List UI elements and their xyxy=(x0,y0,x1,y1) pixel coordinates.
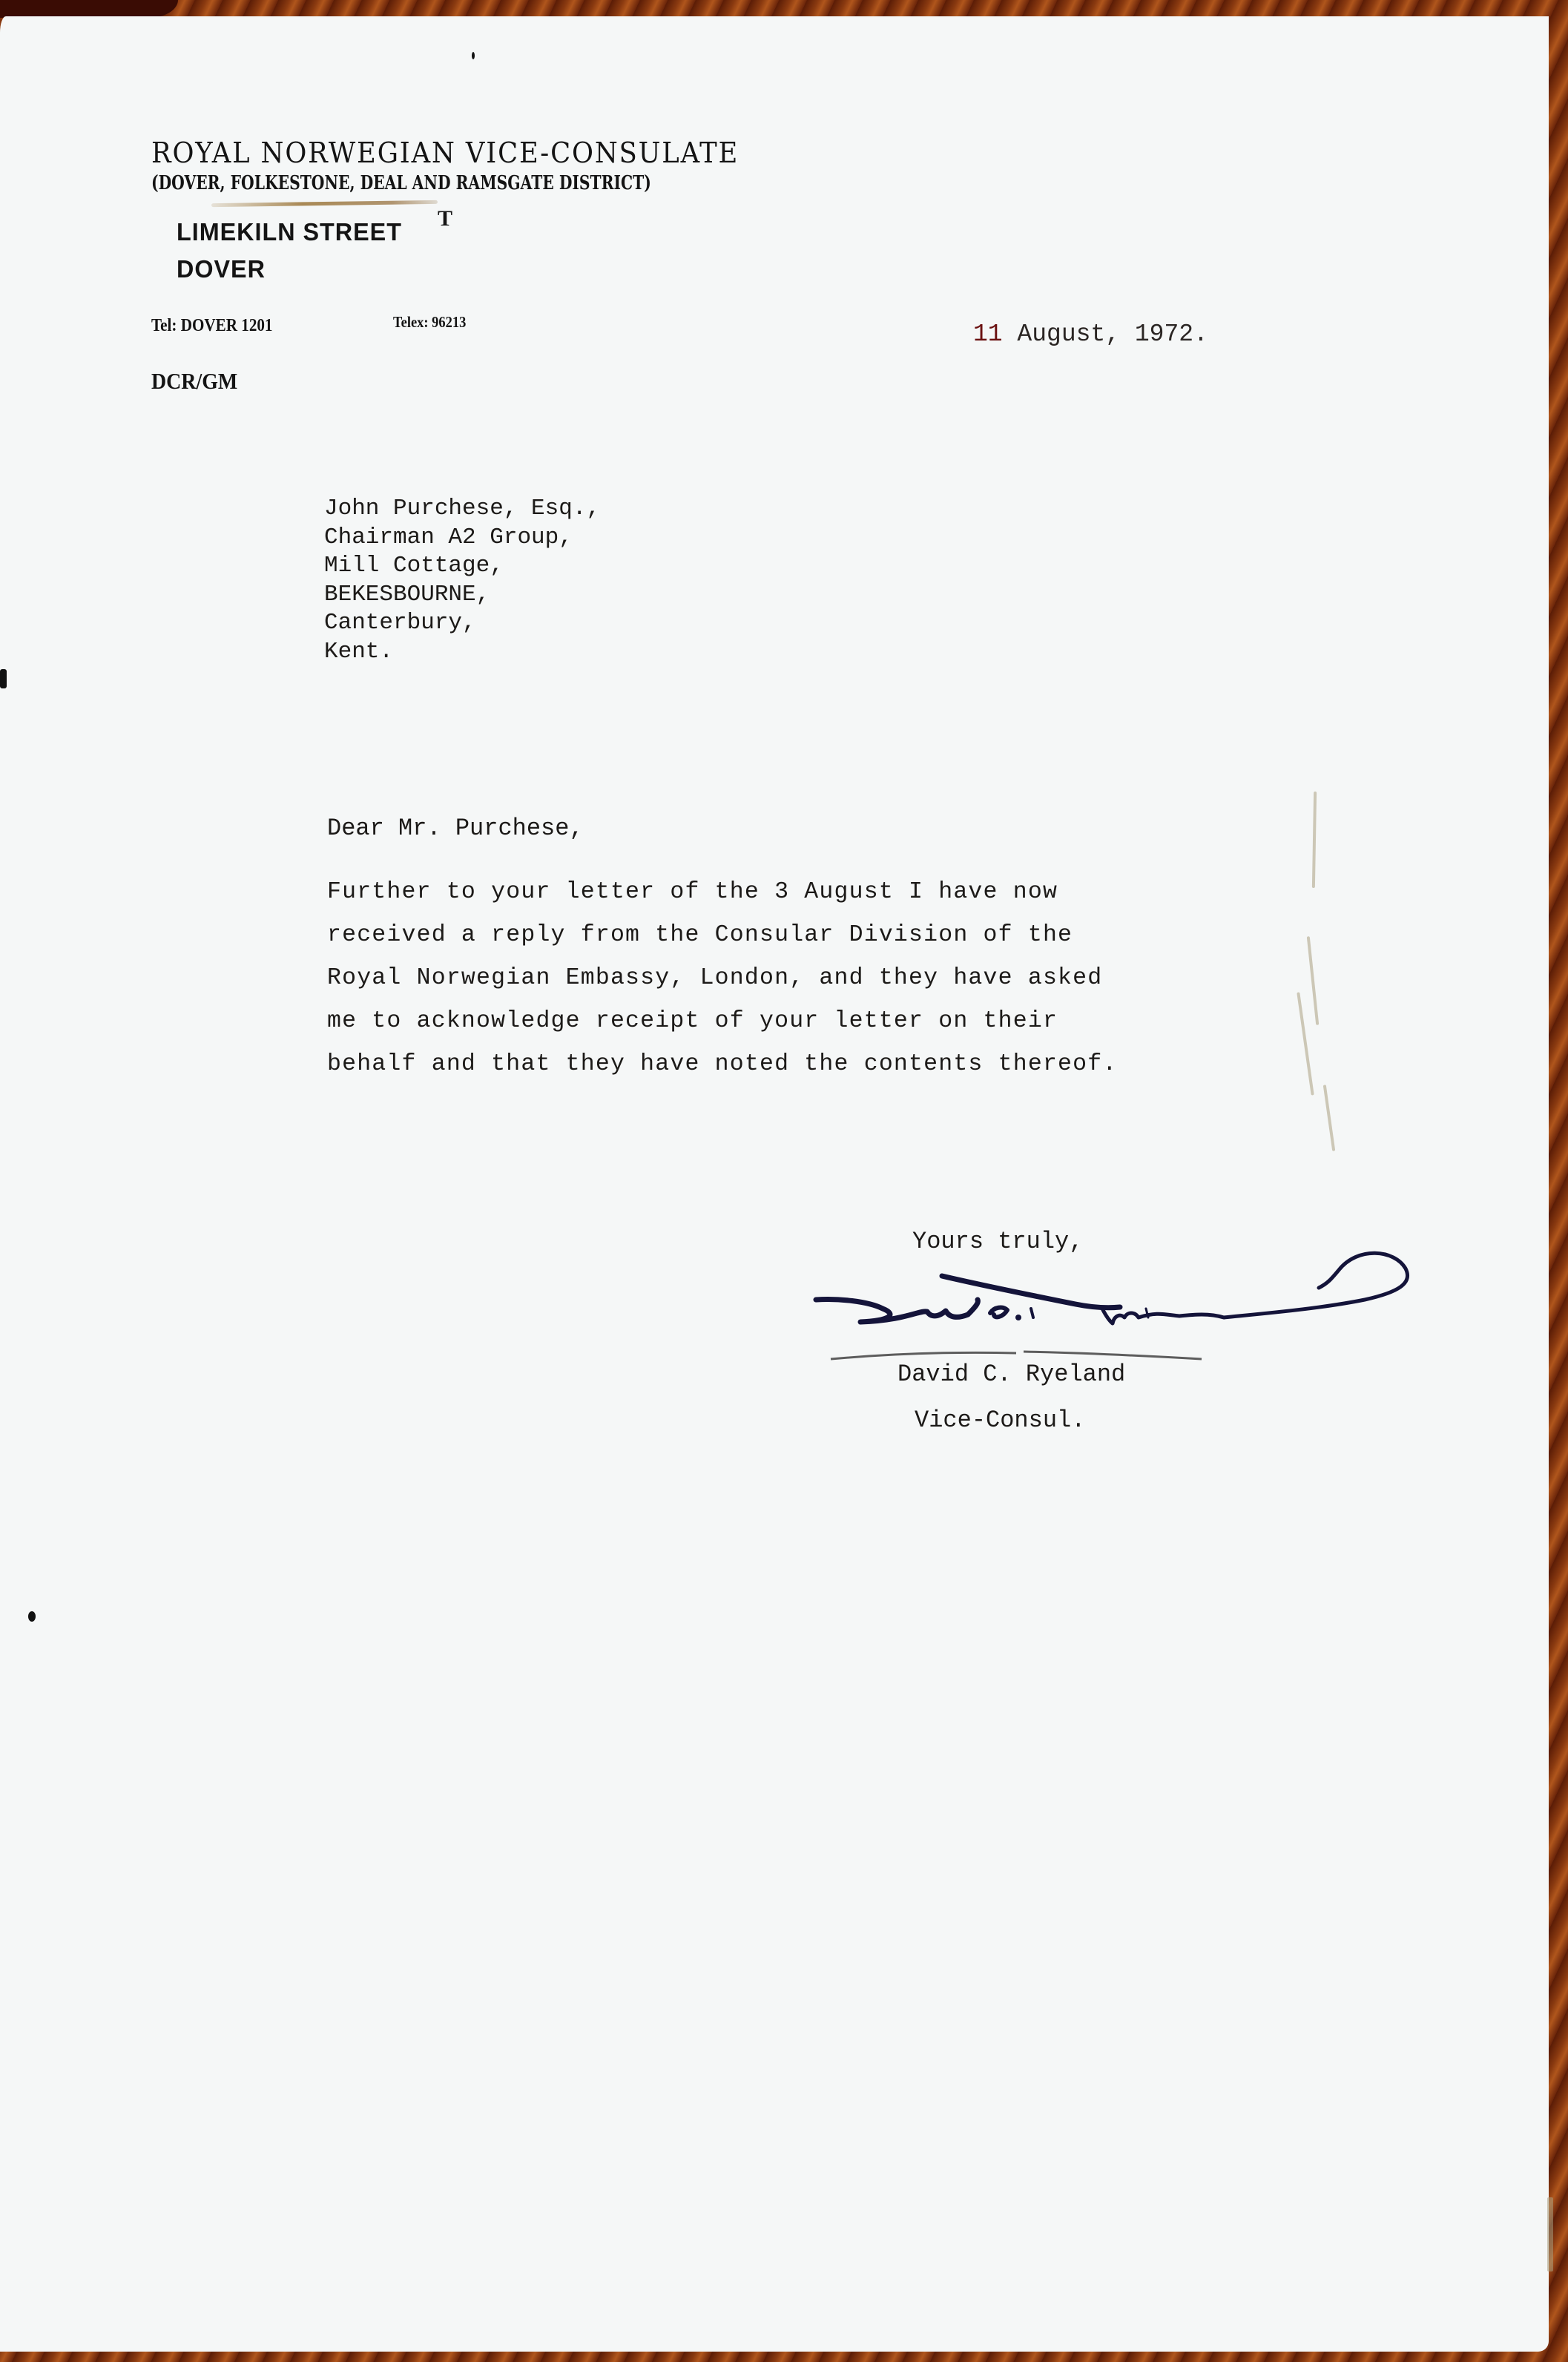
letterhead-organization: ROYAL NORWEGIAN VICE-CONSULATE xyxy=(151,136,739,169)
letterhead-street: LIMEKILN STREET xyxy=(177,218,402,246)
binder-hole-mark xyxy=(0,669,7,688)
salutation: Dear Mr. Purchese, xyxy=(327,815,584,842)
letterhead-telephone: Tel: DOVER 1201 xyxy=(151,316,273,336)
paper-stain xyxy=(1297,992,1314,1095)
letter-body: Further to your letter of the 3 August I… xyxy=(327,871,1117,1086)
desk-edge-top xyxy=(0,0,178,18)
paper-stain xyxy=(1307,936,1320,1025)
ink-speck xyxy=(28,1611,36,1622)
paper-stain xyxy=(1312,792,1317,888)
recipient-address: John Purchese, Esq., Chairman A2 Group, … xyxy=(324,495,600,666)
recipient-line: John Purchese, Esq., xyxy=(324,495,600,524)
ink-speck xyxy=(472,52,475,59)
signer-title: Vice-Consul. xyxy=(915,1407,1085,1434)
recipient-line: Canterbury, xyxy=(324,609,600,638)
letterhead-district: (DOVER, FOLKESTONE, DEAL AND RAMSGATE DI… xyxy=(151,172,651,194)
recipient-line: Mill Cottage, xyxy=(324,552,600,581)
body-line: me to acknowledge receipt of your letter… xyxy=(327,1000,1117,1043)
recipient-line: BEKESBOURNE, xyxy=(324,581,600,610)
letterhead-town: DOVER xyxy=(177,255,266,283)
letterhead-telex: Telex: 96213 xyxy=(393,313,466,332)
covered-letterhead-remnant: T xyxy=(438,206,452,231)
letter-page: ROYAL NORWEGIAN VICE-CONSULATE (DOVER, F… xyxy=(0,16,1549,2352)
paper-stain xyxy=(1323,1085,1335,1151)
body-line: Further to your letter of the 3 August I… xyxy=(327,871,1117,914)
adhesive-stain xyxy=(211,200,438,207)
letter-date: 11 August, 1972. xyxy=(973,320,1208,348)
body-line: received a reply from the Consular Divis… xyxy=(327,914,1117,957)
body-line: Royal Norwegian Embassy, London, and the… xyxy=(327,957,1117,1000)
body-line: behalf and that they have noted the cont… xyxy=(327,1043,1117,1086)
handwritten-signature xyxy=(808,1240,1432,1374)
recipient-line: Chairman A2 Group, xyxy=(324,524,600,553)
recipient-line: Kent. xyxy=(324,638,600,667)
date-day: 11 xyxy=(973,320,1003,348)
paper-stain xyxy=(1547,2197,1553,2271)
signer-name: David C. Ryeland xyxy=(897,1361,1125,1388)
reference-code: DCR/GM xyxy=(151,368,237,395)
date-month-year: August, 1972. xyxy=(1003,320,1208,348)
